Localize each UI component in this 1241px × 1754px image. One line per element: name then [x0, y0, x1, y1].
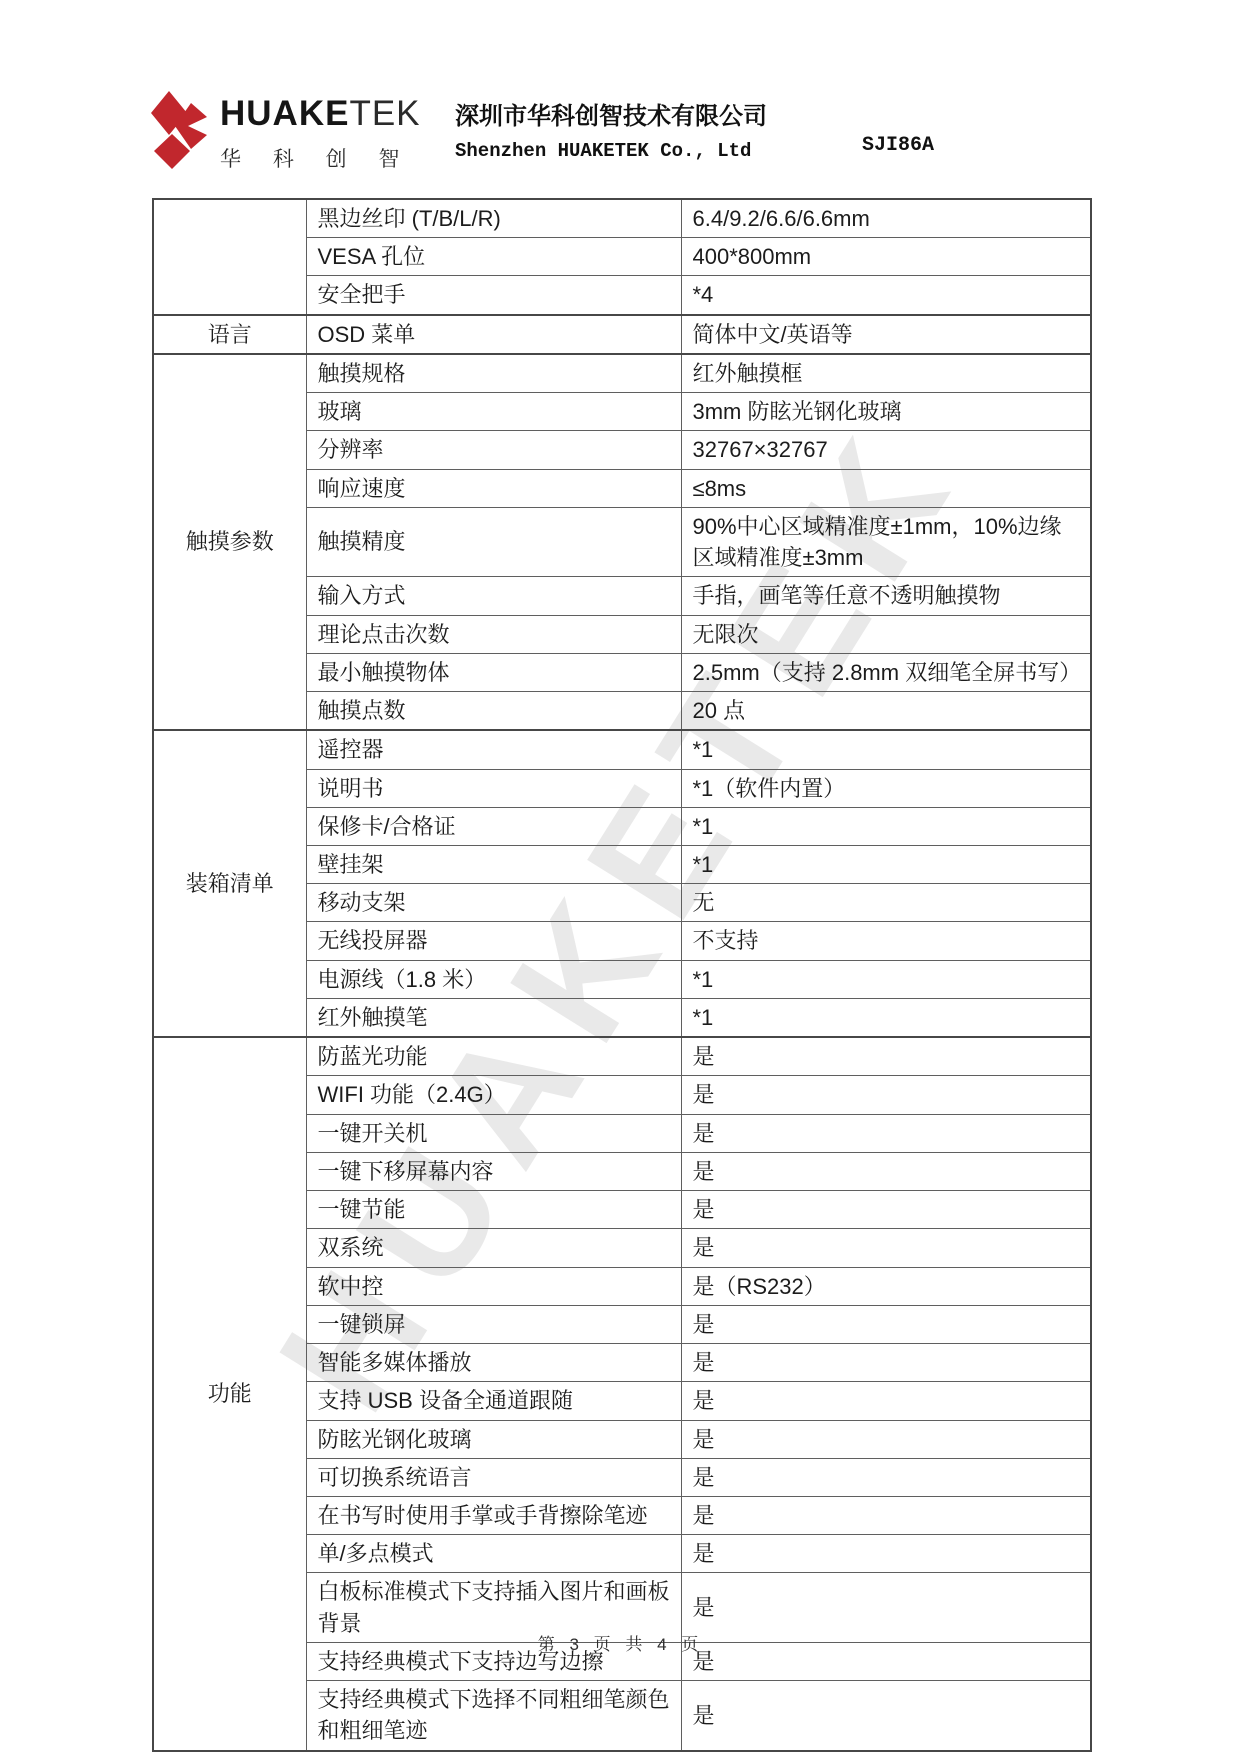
spec-value-cell: 简体中文/英语等: [681, 315, 1091, 354]
spec-name-cell: 保修卡/合格证: [306, 807, 681, 845]
spec-value-cell: 无限次: [681, 615, 1091, 653]
spec-name-cell: 触摸精度: [306, 507, 681, 576]
spec-name-cell: 分辨率: [306, 431, 681, 469]
spec-name-cell: 支持经典模式下选择不同粗细笔颜色和粗细笔迹: [306, 1681, 681, 1751]
spec-value-cell: 是: [681, 1344, 1091, 1382]
brand-logo-icon: [150, 88, 208, 172]
company-name-chinese: 深圳市华科创智技术有限公司: [455, 96, 767, 131]
spec-name-cell: 支持 USB 设备全通道跟随: [306, 1382, 681, 1420]
spec-name-cell: 一键开关机: [306, 1114, 681, 1152]
spec-value-cell: 红外触摸框: [681, 354, 1091, 393]
spec-name-cell: 双系统: [306, 1229, 681, 1267]
section-label: [153, 199, 306, 315]
spec-value-cell: *1: [681, 807, 1091, 845]
spec-name-cell: 在书写时使用手掌或手背擦除笔迹: [306, 1496, 681, 1534]
spec-name-cell: 一键锁屏: [306, 1305, 681, 1343]
spec-value-cell: 是: [681, 1681, 1091, 1751]
spec-table-wrapper: 黑边丝印 (T/B/L/R)6.4/9.2/6.6/6.6mmVESA 孔位40…: [152, 198, 1092, 1752]
spec-name-cell: OSD 菜单: [306, 315, 681, 354]
spec-value-cell: 是: [681, 1191, 1091, 1229]
spec-value-cell: 20 点: [681, 692, 1091, 731]
spec-value-cell: 是: [681, 1229, 1091, 1267]
spec-name-cell: 红外触摸笔: [306, 998, 681, 1037]
document-page: HUAKETEK HUAKETEK 华 科 创 智 深圳市华科创智技术有限公司 …: [0, 0, 1241, 1754]
spec-name-cell: 壁挂架: [306, 845, 681, 883]
spec-value-cell: 3mm 防眩光钢化玻璃: [681, 393, 1091, 431]
brand-name-bold: HUAKE: [220, 94, 349, 133]
spec-name-cell: 安全把手: [306, 276, 681, 315]
spec-name-cell: 触摸点数: [306, 692, 681, 731]
spec-name-cell: 移动支架: [306, 884, 681, 922]
brand-name: HUAKETEK: [220, 96, 421, 131]
document-header: HUAKETEK 华 科 创 智 深圳市华科创智技术有限公司 Shenzhen …: [0, 0, 1241, 198]
spec-name-cell: WIFI 功能（2.4G）: [306, 1076, 681, 1114]
spec-value-cell: 400*800mm: [681, 238, 1091, 276]
spec-name-cell: 智能多媒体播放: [306, 1344, 681, 1382]
spec-value-cell: *1: [681, 960, 1091, 998]
spec-value-cell: 是: [681, 1458, 1091, 1496]
spec-row: 语言OSD 菜单简体中文/英语等: [153, 315, 1091, 354]
spec-value-cell: 是: [681, 1496, 1091, 1534]
spec-name-cell: 软中控: [306, 1267, 681, 1305]
spec-name-cell: 无线投屏器: [306, 922, 681, 960]
spec-name-cell: 可切换系统语言: [306, 1458, 681, 1496]
spec-value-cell: 是: [681, 1037, 1091, 1076]
spec-name-cell: 触摸规格: [306, 354, 681, 393]
spec-name-cell: 电源线（1.8 米）: [306, 960, 681, 998]
brand-name-chinese: 华 科 创 智: [220, 143, 421, 173]
page-footer: 第 3 页 共 4 页: [0, 1630, 1241, 1660]
spec-name-cell: 一键下移屏幕内容: [306, 1152, 681, 1190]
spec-value-cell: 90%中心区域精准度±1mm，10%边缘区域精准度±3mm: [681, 507, 1091, 576]
spec-row: 装箱清单遥控器*1: [153, 730, 1091, 769]
spec-row: 功能防蓝光功能是: [153, 1037, 1091, 1076]
spec-value-cell: 是: [681, 1114, 1091, 1152]
spec-value-cell: ≤8ms: [681, 469, 1091, 507]
spec-name-cell: 最小触摸物体: [306, 653, 681, 691]
spec-row: 触摸参数触摸规格红外触摸框: [153, 354, 1091, 393]
spec-row: 黑边丝印 (T/B/L/R)6.4/9.2/6.6/6.6mm: [153, 199, 1091, 238]
section-label: 触摸参数: [153, 354, 306, 730]
spec-value-cell: 是: [681, 1535, 1091, 1573]
spec-value-cell: 无: [681, 884, 1091, 922]
spec-value-cell: 是（RS232）: [681, 1267, 1091, 1305]
spec-value-cell: *1: [681, 998, 1091, 1037]
spec-value-cell: 手指，画笔等任意不透明触摸物: [681, 577, 1091, 615]
spec-value-cell: 2.5mm（支持 2.8mm 双细笔全屏书写）: [681, 653, 1091, 691]
spec-name-cell: 一键节能: [306, 1191, 681, 1229]
brand-name-light: TEK: [349, 94, 420, 133]
section-label: 装箱清单: [153, 730, 306, 1037]
spec-value-cell: 不支持: [681, 922, 1091, 960]
company-name-english: Shenzhen HUAKETEK Co., Ltd: [455, 140, 767, 162]
section-label: 语言: [153, 315, 306, 354]
spec-name-cell: 防蓝光功能: [306, 1037, 681, 1076]
spec-name-cell: 防眩光钢化玻璃: [306, 1420, 681, 1458]
spec-value-cell: *1: [681, 730, 1091, 769]
spec-name-cell: 说明书: [306, 769, 681, 807]
spec-name-cell: 输入方式: [306, 577, 681, 615]
brand-logo: HUAKETEK 华 科 创 智: [150, 88, 421, 173]
spec-value-cell: *1: [681, 845, 1091, 883]
page-number-text: 第 3 页 共 4 页: [538, 1635, 704, 1654]
spec-name-cell: 单/多点模式: [306, 1535, 681, 1573]
spec-name-cell: 理论点击次数: [306, 615, 681, 653]
spec-value-cell: 是: [681, 1152, 1091, 1190]
spec-value-cell: 6.4/9.2/6.6/6.6mm: [681, 199, 1091, 238]
spec-value-cell: *1（软件内置）: [681, 769, 1091, 807]
spec-value-cell: 是: [681, 1382, 1091, 1420]
spec-table: 黑边丝印 (T/B/L/R)6.4/9.2/6.6/6.6mmVESA 孔位40…: [152, 198, 1092, 1752]
spec-value-cell: 是: [681, 1305, 1091, 1343]
brand-logo-text: HUAKETEK 华 科 创 智: [220, 88, 421, 173]
spec-value-cell: *4: [681, 276, 1091, 315]
spec-value-cell: 32767×32767: [681, 431, 1091, 469]
product-model: SJI86A: [862, 134, 934, 157]
spec-value-cell: 是: [681, 1076, 1091, 1114]
spec-name-cell: VESA 孔位: [306, 238, 681, 276]
company-block: 深圳市华科创智技术有限公司 Shenzhen HUAKETEK Co., Ltd: [455, 96, 767, 162]
spec-value-cell: 是: [681, 1420, 1091, 1458]
spec-name-cell: 玻璃: [306, 393, 681, 431]
spec-name-cell: 响应速度: [306, 469, 681, 507]
spec-name-cell: 黑边丝印 (T/B/L/R): [306, 199, 681, 238]
spec-name-cell: 遥控器: [306, 730, 681, 769]
